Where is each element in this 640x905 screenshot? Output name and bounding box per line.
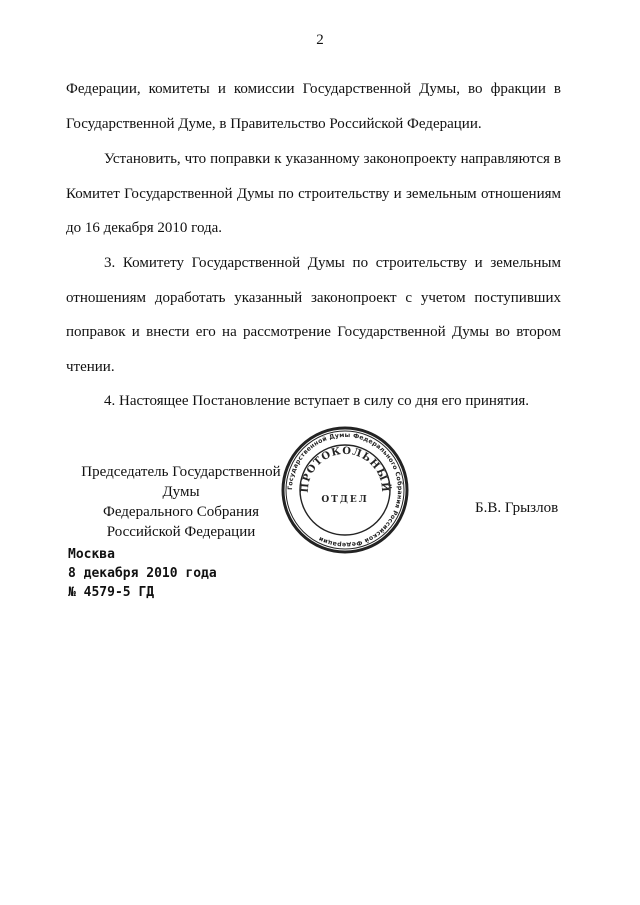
stamp-inner-text: ПРОТОКОЛЬНЫЙ: [300, 446, 393, 493]
signatory-title: Председатель Государственной Думы Федера…: [66, 462, 296, 542]
paragraph-text: Федерации, комитеты и комиссии Государст…: [66, 72, 561, 141]
document-date: 8 декабря 2010 года: [68, 564, 217, 583]
paragraph-continuation: Федерации, комитеты и комиссии Государст…: [66, 72, 561, 141]
signatory-title-line-2: Федерального Собрания: [66, 502, 296, 522]
stamp-center-text: ОТДЕЛ: [321, 495, 368, 505]
official-stamp-icon: Государственной Думы Федерального Собран…: [280, 425, 410, 555]
paragraph-item-4: 4. Настоящее Постановление вступает в си…: [66, 384, 561, 419]
paragraph-item-3: 3. Комитету Государственной Думы по стро…: [66, 246, 561, 384]
signatory-title-line-3: Российской Федерации: [66, 522, 296, 542]
paragraph-amendments-deadline: Установить, что поправки к указанному за…: [66, 142, 561, 246]
paragraph-text: 4. Настоящее Постановление вступает в си…: [66, 384, 561, 419]
svg-text:ПРОТОКОЛЬНЫЙ: ПРОТОКОЛЬНЫЙ: [300, 446, 393, 493]
signatory-name: Б.В. Грызлов: [475, 500, 558, 517]
signatory-title-line-1: Председатель Государственной Думы: [66, 462, 296, 502]
page-number: 2: [0, 32, 640, 49]
document-number: № 4579-5 ГД: [68, 583, 217, 602]
document-meta: Москва 8 декабря 2010 года № 4579-5 ГД: [68, 545, 217, 602]
document-city: Москва: [68, 545, 217, 564]
paragraph-text: Установить, что поправки к указанному за…: [66, 142, 561, 246]
paragraph-text: 3. Комитету Государственной Думы по стро…: [66, 246, 561, 384]
